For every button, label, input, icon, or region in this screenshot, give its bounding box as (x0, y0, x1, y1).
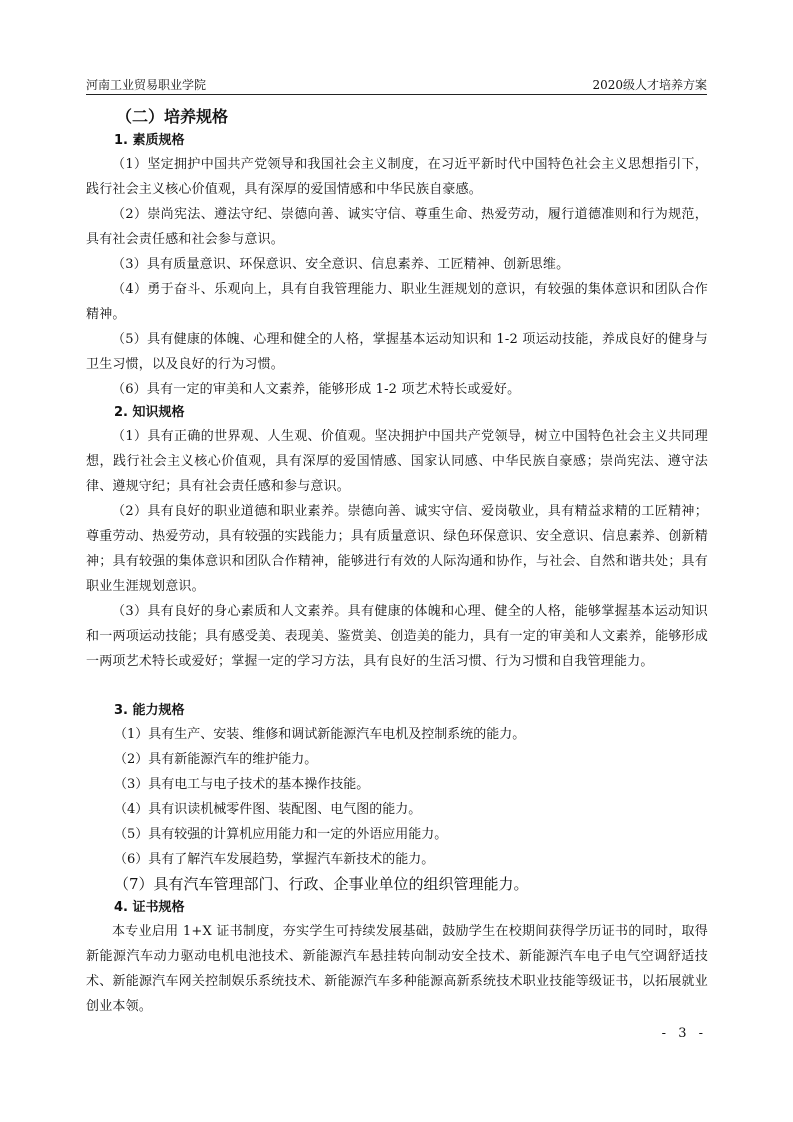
paragraph: （1）具有正确的世界观、人生观、价值观。坚决拥护中国共产党领导，树立中国特色社会… (86, 424, 708, 499)
page-content: （二）培养规格 1. 素质规格 （1）坚定拥护中国共产党领导和我国社会主义制度，… (86, 100, 708, 1019)
subsection-title-quality: 1. 素质规格 (114, 130, 708, 152)
page-number: - 3 - (662, 1026, 707, 1041)
page-header: 河南工业贸易职业学院 2020级人才培养方案 (86, 74, 707, 95)
list-item: （7）具有汽车管理部门、行政、企事业单位的组织管理能力。 (114, 872, 708, 897)
subsection-title-ability: 3. 能力规格 (114, 700, 708, 722)
paragraph: 本专业启用 1+X 证书制度，夯实学生可持续发展基础，鼓励学生在校期间获得学历证… (86, 919, 708, 1019)
list-item: （3）具有电工与电子技术的基本操作技能。 (114, 772, 708, 797)
paragraph: （1）坚定拥护中国共产党领导和我国社会主义制度，在习近平新时代中国特色社会主义思… (86, 152, 708, 202)
header-doc-title: 2020级人才培养方案 (592, 76, 707, 93)
spacer (86, 674, 708, 700)
paragraph: （3）具有良好的身心素质和人文素养。具有健康的体魄和心理、健全的人格，能够掌握基… (86, 599, 708, 674)
paragraph: （3）具有质量意识、环保意识、安全意识、信息素养、工匠精神、创新思维。 (86, 252, 708, 277)
subsection-title-certificate: 4. 证书规格 (114, 897, 708, 919)
list-item: （1）具有生产、安装、维修和调试新能源汽车电机及控制系统的能力。 (114, 722, 708, 747)
paragraph: （2）具有良好的职业道德和职业素养。崇德向善、诚实守信、爱岗敬业，具有精益求精的… (86, 499, 708, 599)
list-item: （5）具有较强的计算机应用能力和一定的外语应用能力。 (114, 822, 708, 847)
section-title: （二）培养规格 (116, 104, 708, 130)
paragraph: （4）勇于奋斗、乐观向上，具有自我管理能力、职业生涯规划的意识，有较强的集体意识… (86, 277, 708, 327)
paragraph: （5）具有健康的体魄、心理和健全的人格，掌握基本运动知识和 1-2 项运动技能，… (86, 327, 708, 377)
list-item: （4）具有识读机械零件图、装配图、电气图的能力。 (114, 797, 708, 822)
header-institution: 河南工业贸易职业学院 (86, 76, 206, 93)
subsection-title-knowledge: 2. 知识规格 (114, 402, 708, 424)
paragraph: （6）具有一定的审美和人文素养，能够形成 1-2 项艺术特长或爱好。 (86, 377, 708, 402)
list-item: （6）具有了解汽车发展趋势，掌握汽车新技术的能力。 (114, 847, 708, 872)
list-item: （2）具有新能源汽车的维护能力。 (114, 747, 708, 772)
paragraph: （2）崇尚宪法、遵法守纪、崇德向善、诚实守信、尊重生命、热爱劳动，履行道德准则和… (86, 202, 708, 252)
